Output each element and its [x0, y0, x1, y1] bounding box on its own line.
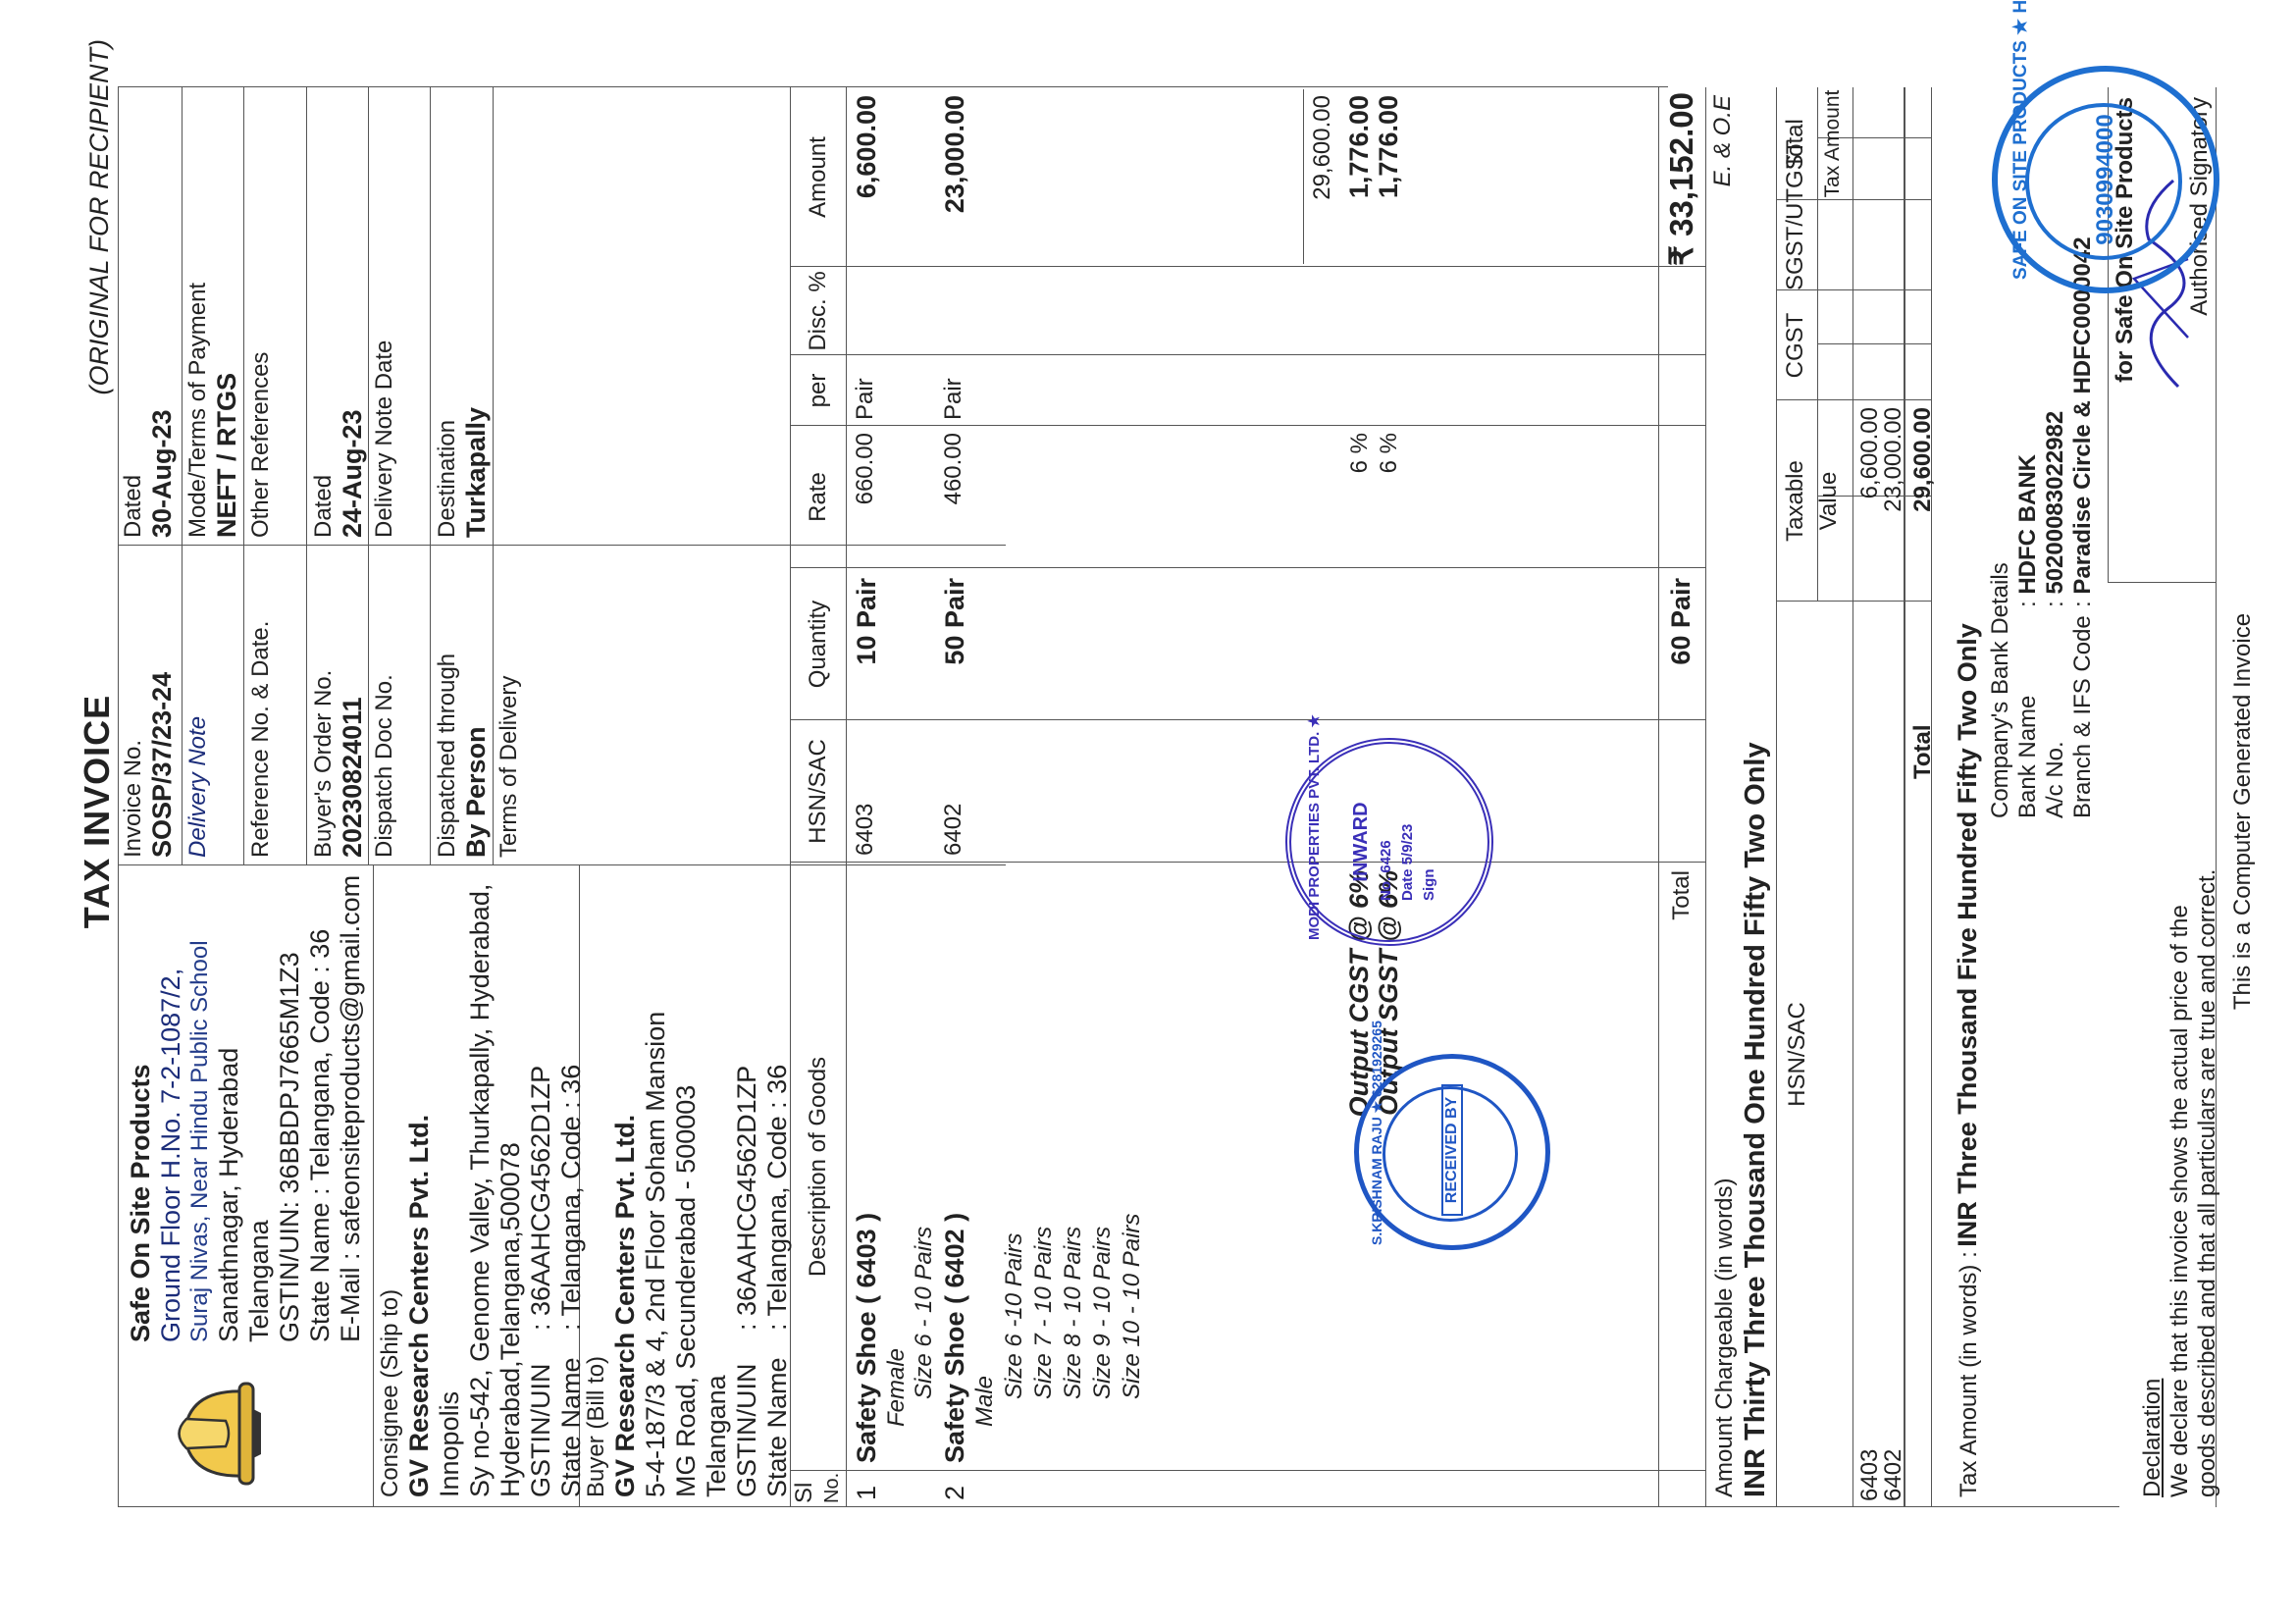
seller-name: Safe On Site Products	[126, 875, 156, 1342]
meta-terms-of-delivery: Terms of Delivery	[496, 676, 523, 858]
seller-address-line: Suraj Nivas, Near Hindu Public School	[186, 875, 214, 1342]
received-stamp-icon: S.KRISHNAM RAJU ★ 6281929265 RECEIVED BY	[1354, 1054, 1550, 1250]
meta-label: Dispatch Doc No.	[371, 674, 398, 858]
consignee-state: : Telangana, Code : 36	[556, 1065, 586, 1331]
copy-label: (ORIGINAL FOR RECIPIENT)	[84, 39, 115, 395]
tax-unit: %	[1376, 433, 1402, 453]
bank-heading: Company's Bank Details	[1987, 236, 2014, 818]
consignee-address-line: Innopolis	[435, 884, 465, 1497]
consignee-address-line: Hyderabad,Telangana,500078	[496, 884, 526, 1497]
meta-label: Terms of Delivery	[496, 676, 523, 858]
bank-label: Bank Name	[2014, 607, 2042, 818]
item-sl: 2	[940, 1486, 970, 1500]
order-date: 24-Aug-23	[338, 409, 368, 538]
grand-total: ₹ 33,152.00	[1662, 92, 1700, 267]
item-name: Safety Shoe ( 6403 )	[852, 1213, 882, 1463]
meta-other-references: Other References	[247, 352, 275, 538]
declaration: Declaration We declare that this invoice…	[2139, 869, 2221, 1497]
summary-header-tax-amount: Tax Amount	[1819, 87, 1847, 200]
item-rate: 460.00	[940, 433, 967, 568]
meta-delivery-note-date: Delivery Note Date	[371, 340, 398, 538]
separator: :	[2042, 601, 2068, 607]
meta-dated: Dated 30-Aug-23	[120, 409, 178, 538]
declaration-line: We declare that this invoice shows the a…	[2166, 869, 2194, 1497]
amount-words-label: Amount Chargeable (in words)	[1711, 1178, 1739, 1498]
payment-mode: NEFT / RTGS	[212, 283, 242, 538]
meta-dispatched-through: Dispatched through By Person	[434, 654, 492, 858]
seller-stamp-icon: SAFE ON SITE PRODUCTS ★ HYDERABAD 903099…	[1992, 66, 2219, 293]
item-quantity: 50 Pair	[940, 578, 970, 720]
meta-payment-terms: Mode/Terms of Payment NEFT / RTGS	[184, 283, 242, 538]
meta-buyer-order: Buyer's Order No. 20230824011	[310, 670, 368, 858]
seller-gstin: GSTIN/UIN: 36BBDPJ7665M1Z3	[275, 875, 305, 1342]
seller-state-line: Telangana	[244, 875, 275, 1342]
inward-stamp-icon: MODI PROPERTIES PVT. LTD. ★ INWARD No. 6…	[1285, 738, 1493, 946]
item-amount: 6,600.00	[852, 95, 882, 267]
col-header-hsn: HSN/SAC	[805, 720, 832, 863]
footer-note: This is a Computer Generated Invoice	[2229, 0, 2257, 1623]
account-number: 50200083022982	[2042, 411, 2068, 595]
buyer-state: : Telangana, Code : 36	[762, 1065, 792, 1331]
meta-dispatch-doc: Dispatch Doc No.	[371, 674, 398, 858]
tax-words-label: Tax Amount (in words) :	[1956, 1251, 1982, 1497]
item-detail: Size 6 -10 Pairs	[1001, 1233, 1028, 1399]
stamp-text: RECEIVED BY	[1441, 1084, 1463, 1216]
bank-details: Company's Bank Details Bank Name: HDFC B…	[1987, 236, 2097, 818]
item-detail: Size 6 - 10 Pairs	[911, 1227, 938, 1399]
col-header-no: No.	[818, 1473, 846, 1503]
meta-label: Delivery Note	[184, 716, 212, 858]
summary-header-taxable: Taxable	[1782, 400, 1809, 602]
consignee-heading: Consignee (Ship to)	[377, 884, 404, 1497]
stamp-text: INWARD	[1350, 744, 1373, 940]
gstin-label: GSTIN/UIN	[732, 1331, 762, 1497]
item-detail: Size 7 - 10 Pairs	[1030, 1227, 1058, 1399]
item-sl: 1	[852, 1486, 882, 1500]
item-amount: 23,000.00	[940, 95, 970, 267]
total-label: Total	[1668, 870, 1696, 1471]
item-detail: Size 10 - 10 Pairs	[1119, 1214, 1146, 1399]
safety-helmet-icon	[167, 1380, 265, 1488]
tax-words: Tax Amount (in words) : INR Three Thousa…	[1953, 623, 1983, 1497]
summary-header-sgst: SGST/UTGST	[1782, 200, 1809, 290]
summary-header-total: Total	[1782, 87, 1809, 200]
meta-label: Dispatched through	[434, 654, 461, 858]
bank-name: HDFC BANK	[2014, 454, 2041, 595]
item-hsn: 6403	[852, 804, 879, 856]
tax-rate: 6	[1346, 460, 1373, 473]
col-header-sl: Sl	[791, 1483, 818, 1503]
item-quantity: 10 Pair	[852, 578, 882, 720]
item-name: Safety Shoe ( 6402 )	[940, 1213, 970, 1463]
stamp-text: MODI PROPERTIES PVT. LTD. ★	[1305, 744, 1323, 940]
summary-total-label: Total	[1909, 724, 1937, 779]
tax-amount-cgst: 1,776.00	[1344, 95, 1375, 267]
seller-email: E-Mail : safeonsiteproducts@gmail.com	[336, 875, 366, 1342]
col-header-description: Description of Goods	[805, 863, 832, 1471]
bank-label: Branch & IFS Code	[2069, 607, 2097, 818]
stamp-text: 9030994000	[2092, 101, 2119, 258]
seller-address-line: Sanathnagar, Hyderabad	[214, 875, 244, 1342]
col-header-amount: Amount	[805, 87, 832, 267]
meta-label: Buyer's Order No.	[310, 670, 338, 858]
declaration-line: goods described and that all particulars…	[2194, 869, 2221, 1497]
consignee-gstin: : 36AAHCG4562D1ZP	[526, 1066, 555, 1331]
consignee-name: GV Research Centers Pvt. Ltd.	[404, 884, 435, 1497]
stamp-text: SAFE ON SITE PRODUCTS ★ HYDERABAD	[2009, 79, 2032, 280]
meta-label: Dated	[310, 409, 338, 538]
stamp-text: S.KRISHNAM RAJU ★ 6281929265	[1369, 1059, 1385, 1245]
item-detail: Size 9 - 10 Pairs	[1089, 1227, 1117, 1399]
eoe-note: E. & O.E	[1709, 95, 1737, 267]
meta-label: Invoice No.	[120, 672, 147, 858]
summary-header-value: Value	[1815, 400, 1843, 602]
item-subtitle: Female	[883, 1348, 911, 1427]
stamp-text: Sign	[1421, 869, 1437, 902]
invoice-number: SOSP/37/23-24	[147, 672, 178, 858]
tax-in-words: INR Three Thousand Five Hundred Fifty Tw…	[1953, 623, 1982, 1247]
meta-label: Other References	[247, 352, 275, 538]
subtotal: 29,600.00	[1309, 95, 1336, 267]
item-rate: 660.00	[852, 433, 879, 568]
item-per: Pair	[852, 378, 879, 420]
buyer-address-line: 5-4-187/3 & 4, 2nd Floor Soham Mansion	[641, 1012, 671, 1497]
summary-hsn: 6402	[1880, 1449, 1907, 1501]
seller-block: Safe On Site Products Ground Floor H.No.…	[126, 875, 366, 1342]
state-label: State Name	[762, 1331, 793, 1497]
meta-destination: Destination Turkapally	[434, 407, 492, 538]
item-hsn: 6402	[940, 804, 967, 856]
stamp-text: Date 5/9/23	[1399, 824, 1416, 901]
meta-order-dated: Dated 24-Aug-23	[310, 409, 368, 538]
meta-reference: Reference No. & Date.	[247, 621, 275, 858]
tax-rate: 6	[1376, 460, 1402, 473]
tax-amount-sgst: 1,776.00	[1374, 95, 1404, 267]
meta-label: Dated	[120, 409, 147, 538]
seller-state-code: State Name : Telangana, Code : 36	[305, 875, 336, 1342]
dispatch-mode: By Person	[461, 654, 492, 858]
scanned-invoice: TAX INVOICE (ORIGINAL FOR RECIPIENT) Saf…	[0, 0, 2296, 1623]
meta-invoice-no: Invoice No. SOSP/37/23-24	[120, 672, 178, 858]
col-header-disc: Disc. %	[805, 267, 832, 355]
buyer-order-number: 20230824011	[338, 670, 368, 858]
seller-address-line: Ground Floor H.No. 7-2-1087/2,	[156, 875, 186, 1342]
bank-label: A/c No.	[2042, 607, 2069, 818]
summary-header-hsn: HSN/SAC	[1784, 602, 1811, 1507]
buyer-address-line: Telangana	[702, 1012, 732, 1497]
consignee-address-line: Sy no-542, Genome Valley, Thurkapally, H…	[465, 884, 496, 1497]
invoice-page: TAX INVOICE (ORIGINAL FOR RECIPIENT) Saf…	[0, 0, 2296, 1623]
meta-label: Mode/Terms of Payment	[184, 283, 212, 538]
stamp-text: No. 6426	[1378, 840, 1394, 901]
gstin-label: GSTIN/UIN	[526, 1331, 556, 1497]
meta-label: Destination	[434, 407, 461, 538]
buyer-block: Buyer (Bill to) GV Research Centers Pvt.…	[583, 1012, 793, 1497]
tax-summary-table: HSN/SAC Taxable Value CGST SGST/UTGST To…	[1776, 87, 1918, 1507]
buyer-name: GV Research Centers Pvt. Ltd.	[610, 1012, 641, 1497]
col-header-quantity: Quantity	[805, 568, 832, 720]
meta-delivery-note: Delivery Note	[184, 716, 212, 858]
col-header-rate: Rate	[805, 426, 832, 568]
meta-label: Delivery Note Date	[371, 340, 398, 538]
buyer-heading: Buyer (Bill to)	[583, 1012, 610, 1497]
meta-label: Reference No. & Date.	[247, 621, 275, 858]
amount-in-words: INR Thirty Three Thousand One Hundred Fi…	[1741, 742, 1771, 1497]
buyer-address-line: MG Road, Secunderabad - 500003	[671, 1012, 702, 1497]
total-quantity: 60 Pair	[1666, 578, 1696, 720]
tax-unit: %	[1346, 433, 1373, 453]
destination: Turkapally	[461, 407, 492, 538]
separator: :	[2069, 601, 2096, 607]
consignee-block: Consignee (Ship to) GV Research Centers …	[377, 884, 587, 1497]
summary-total-taxable: 29,600.00	[1909, 407, 1937, 602]
summary-taxable: 23,000.00	[1880, 407, 1907, 602]
invoice-date: 30-Aug-23	[147, 409, 178, 538]
item-detail: Size 8 - 10 Pairs	[1060, 1227, 1087, 1399]
declaration-heading: Declaration	[2139, 869, 2166, 1497]
item-per: Pair	[940, 378, 967, 420]
summary-header-cgst: CGST	[1782, 290, 1809, 400]
item-subtitle: Male	[971, 1376, 999, 1427]
buyer-gstin: : 36AAHCG4562D1ZP	[732, 1066, 761, 1331]
separator: :	[2014, 601, 2041, 607]
col-header-per: per	[805, 355, 832, 426]
